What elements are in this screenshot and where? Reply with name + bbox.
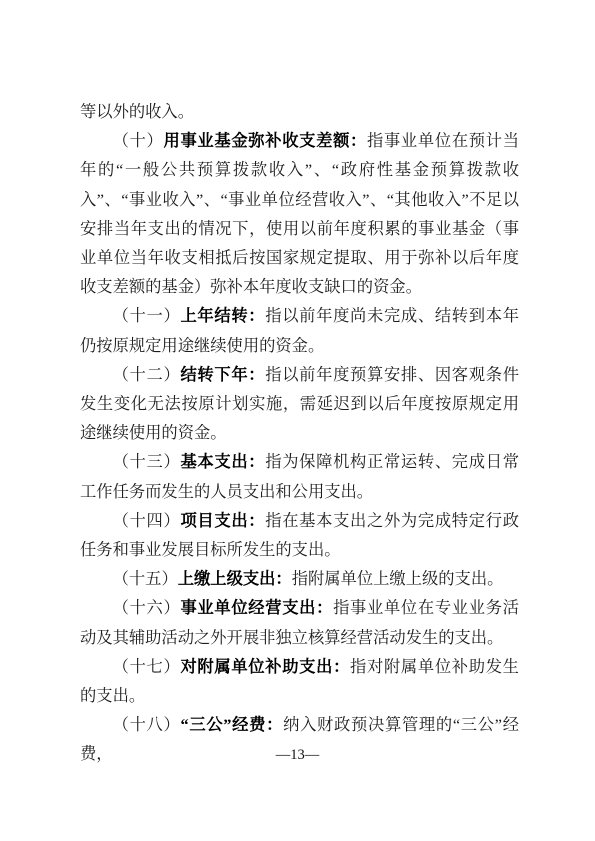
- term-emphasis: 对附属单位补助支出：: [180, 657, 350, 676]
- paragraph: 等以外的收入。: [80, 97, 519, 126]
- page-number: —13—: [276, 747, 320, 763]
- body-text: （十八）: [113, 715, 181, 734]
- term-emphasis: 基本支出：: [180, 452, 265, 471]
- paragraph: （十七）对附属单位补助支出：指对附属单位补助发生的支出。: [80, 652, 519, 710]
- term-emphasis: 用事业基金弥补收支差额：: [163, 131, 367, 150]
- page-footer: —13—: [0, 746, 595, 764]
- term-emphasis: 上年结转：: [180, 306, 265, 325]
- body-text: （十四）: [113, 511, 181, 530]
- body-text: 指附属单位上缴上级的支出。: [292, 569, 504, 588]
- term-emphasis: 结转下年：: [180, 365, 265, 384]
- document-body: 等以外的收入。（十）用事业基金弥补收支差额：指事业单位在预计当年的“一般公共预算…: [80, 97, 519, 769]
- term-emphasis: “三公”经费：: [181, 715, 284, 734]
- body-text: 等以外的收入。: [80, 102, 194, 121]
- page: 等以外的收入。（十）用事业基金弥补收支差额：指事业单位在预计当年的“一般公共预算…: [0, 0, 595, 841]
- body-text: （十二）: [113, 365, 181, 384]
- body-text: （十三）: [113, 452, 181, 471]
- body-text: （十六）: [113, 598, 181, 617]
- paragraph: （十四）项目支出：指在基本支出之外为完成特定行政任务和事业发展目标所发生的支出。: [80, 506, 519, 564]
- paragraph: （十一）上年结转：指以前年度尚未完成、结转到本年仍按原规定用途继续使用的资金。: [80, 301, 519, 359]
- term-emphasis: 事业单位经营支出：: [180, 598, 333, 617]
- body-text: （十五）: [113, 569, 178, 588]
- paragraph: （十三）基本支出：指为保障机构正常运转、完成日常工作任务而发生的人员支出和公用支…: [80, 447, 519, 505]
- term-emphasis: 项目支出：: [180, 511, 265, 530]
- paragraph: （十六）事业单位经营支出：指事业单位在专业业务活动及其辅助活动之外开展非独立核算…: [80, 593, 519, 651]
- term-emphasis: 上缴上级支出：: [178, 569, 292, 588]
- body-text: （十）: [113, 131, 164, 150]
- paragraph: （十）用事业基金弥补收支差额：指事业单位在预计当年的“一般公共预算拨款收入”、“…: [80, 126, 519, 301]
- body-text: （十七）: [113, 657, 181, 676]
- body-text: （十一）: [113, 306, 181, 325]
- body-text: 指事业单位在预计当年的“一般公共预算拨款收入”、“政府性基金预算拨款收入”、“事…: [80, 131, 519, 296]
- paragraph: （十二）结转下年：指以前年度预算安排、因客观条件发生变化无法按原计划实施，需延迟…: [80, 360, 519, 448]
- paragraph: （十五）上缴上级支出：指附属单位上缴上级的支出。: [80, 564, 519, 593]
